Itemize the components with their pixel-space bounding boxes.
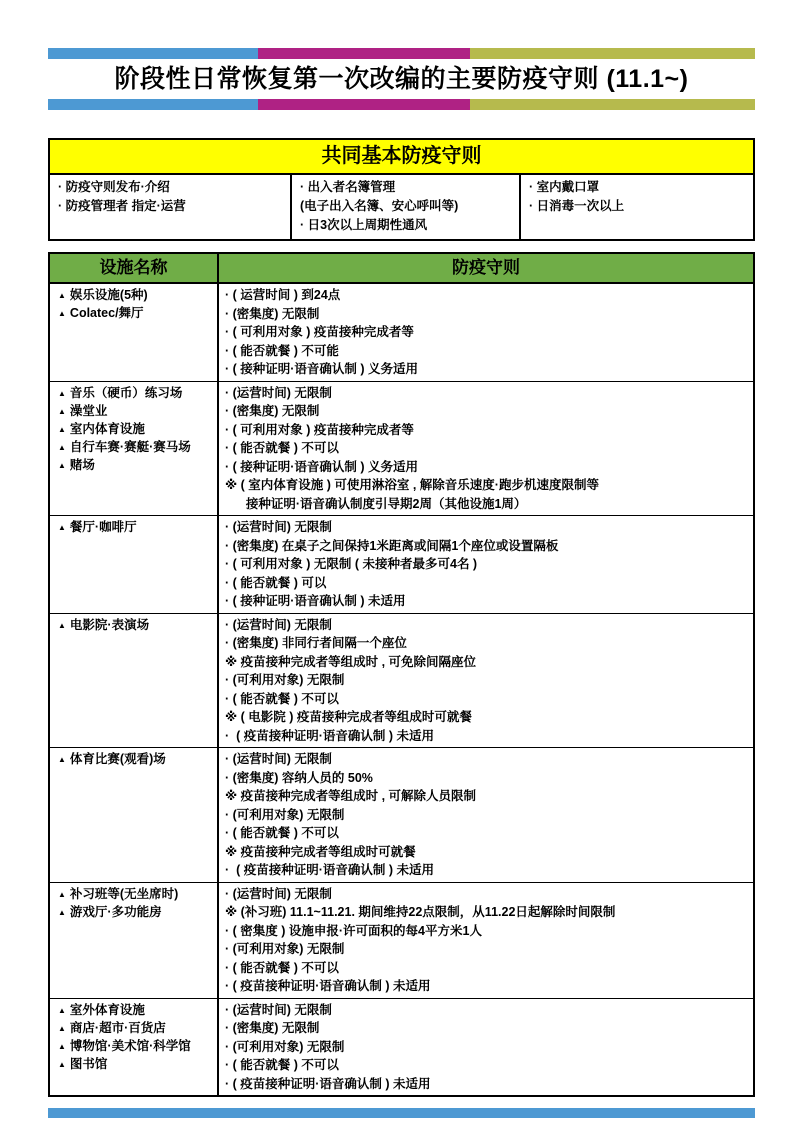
rule-line: · (可利用对象) 无限制 [225, 806, 749, 825]
facility-item: ▲Colatec/舞厅 [58, 305, 215, 323]
common-rules-section: 共同基本防疫守则 · 防疫守则发布·介绍 · 防疫管理者 指定·运营 · 出入者… [48, 138, 755, 241]
facility-item: ▲商店·超市·百货店 [58, 1020, 215, 1038]
facility-label: 体育比赛(观看)场 [70, 751, 166, 768]
triangle-marker-icon: ▲ [58, 1056, 66, 1073]
triangle-marker-icon: ▲ [58, 886, 66, 903]
rule-line: · ( 接种证明·语音确认制 ) 义务适用 [225, 458, 749, 477]
facility-label: 图书馆 [70, 1056, 108, 1073]
rule-line: · (运营时间) 无限制 [225, 384, 749, 403]
facility-item: ▲赌场 [58, 457, 215, 475]
triangle-marker-icon: ▲ [58, 617, 66, 634]
rule-line: · (运营时间) 无限制 [225, 885, 749, 904]
rule-line: · ( 疫苗接种证明·语音确认制 ) 未适用 [225, 727, 749, 746]
triangle-marker-icon: ▲ [58, 1002, 66, 1019]
facility-cell: ▲补习班等(无坐席时) ▲游戏厅·多功能房 [50, 883, 219, 998]
bar-segment-olive [470, 99, 755, 110]
rule-line: · ( 能否就餐 ) 不可以 [225, 439, 749, 458]
rule-line: · (可利用对象) 无限制 [225, 940, 749, 959]
facility-item: ▲室内体育设施 [58, 421, 215, 439]
rule-line: · (运营时间) 无限制 [225, 616, 749, 635]
next-page-top-bar [48, 1108, 755, 1118]
facility-label: 餐厅·咖啡厅 [70, 519, 137, 536]
facility-item: ▲图书馆 [58, 1056, 215, 1074]
title-top-bar [48, 48, 755, 59]
facility-item: ▲餐厅·咖啡厅 [58, 519, 215, 537]
rule-line: · ( 接种证明·语音确认制 ) 义务适用 [225, 360, 749, 379]
rules-cell: · (运营时间) 无限制 · (密集度) 在桌子之间保持1米距离或间隔1个座位或… [219, 516, 753, 613]
facility-label: 室内体育设施 [70, 421, 145, 438]
facility-item: ▲游戏厅·多功能房 [58, 904, 215, 922]
facility-label: 游戏厅·多功能房 [70, 904, 162, 921]
common-rule-line: (电子出入名簿、安心呼叫等) [300, 197, 513, 216]
page-title: 阶段性日常恢复第一次改编的主要防疫守则 (11.1~) [48, 59, 755, 99]
rule-line: · ( 能否就餐 ) 不可以 [225, 824, 749, 843]
facility-label: 博物馆·美术馆·科学馆 [70, 1038, 191, 1055]
facility-item: ▲自行车赛·赛艇·赛马场 [58, 439, 215, 457]
bar-segment-magenta [258, 99, 470, 110]
facility-column-header: 设施名称 [50, 254, 219, 282]
rule-line: · (密集度) 容纳人员的 50% [225, 769, 749, 788]
table-header-row: 设施名称 防疫守则 [50, 254, 753, 284]
triangle-marker-icon: ▲ [58, 1020, 66, 1037]
common-rules-title: 共同基本防疫守则 [50, 140, 753, 175]
rule-line: · (密集度) 无限制 [225, 1019, 749, 1038]
title-bottom-bar [48, 99, 755, 110]
facility-label: 电影院·表演场 [70, 617, 149, 634]
facility-cell: ▲体育比赛(观看)场 [50, 748, 219, 882]
facility-label: 娱乐设施(5种) [70, 287, 148, 304]
triangle-marker-icon: ▲ [58, 403, 66, 420]
rule-line: · (可利用对象) 无限制 [225, 671, 749, 690]
rule-line: · (运营时间) 无限制 [225, 750, 749, 769]
facility-label: 补习班等(无坐席时) [70, 886, 178, 903]
rule-line: ※ ( 室内体育设施 ) 可使用淋浴室 , 解除音乐速度·跑步机速度限制等 [225, 476, 749, 495]
table-row: ▲体育比赛(观看)场 · (运营时间) 无限制 · (密集度) 容纳人员的 50… [50, 748, 753, 883]
facility-item: ▲电影院·表演场 [58, 617, 215, 635]
rule-line: · ( 能否就餐 ) 不可能 [225, 342, 749, 361]
common-rule-line: · 防疫管理者 指定·运营 [58, 197, 284, 216]
rules-cell: · (运营时间) 无限制 · (密集度) 容纳人员的 50% ※ 疫苗接种完成者… [219, 748, 753, 882]
triangle-marker-icon: ▲ [58, 457, 66, 474]
rule-line: · ( 可利用对象 ) 疫苗接种完成者等 [225, 421, 749, 440]
triangle-marker-icon: ▲ [58, 904, 66, 921]
rule-line: · ( 能否就餐 ) 不可以 [225, 1056, 749, 1075]
rule-line: · ( 疫苗接种证明·语音确认制 ) 未适用 [225, 1075, 749, 1094]
table-row: ▲电影院·表演场 · (运营时间) 无限制 · (密集度) 非同行者间隔一个座位… [50, 614, 753, 749]
rule-line: · (密集度) 非同行者间隔一个座位 [225, 634, 749, 653]
triangle-marker-icon: ▲ [58, 305, 66, 322]
facility-item: ▲补习班等(无坐席时) [58, 886, 215, 904]
facility-item: ▲体育比赛(观看)场 [58, 751, 215, 769]
bar-segment-blue [48, 99, 258, 110]
common-rule-line: · 防疫守则发布·介绍 [58, 178, 284, 197]
facility-label: 赌场 [70, 457, 95, 474]
rule-line: · (运营时间) 无限制 [225, 518, 749, 537]
bar-segment-olive [470, 48, 755, 59]
rule-line: ※ 疫苗接种完成者等组成时 , 可解除人员限制 [225, 787, 749, 806]
rule-line: ※ ( 电影院 ) 疫苗接种完成者等组成时可就餐 [225, 708, 749, 727]
rule-line: · ( 运营时间 ) 到24点 [225, 286, 749, 305]
title-block: 阶段性日常恢复第一次改编的主要防疫守则 (11.1~) [48, 48, 755, 110]
facility-cell: ▲餐厅·咖啡厅 [50, 516, 219, 613]
table-row: ▲餐厅·咖啡厅 · (运营时间) 无限制 · (密集度) 在桌子之间保持1米距离… [50, 516, 753, 614]
rule-line: · ( 能否就餐 ) 不可以 [225, 959, 749, 978]
facility-label: 音乐（硬币）练习场 [70, 385, 183, 402]
common-rule-line: · 日消毒一次以上 [529, 197, 747, 216]
common-col-2: · 出入者名簿管理 (电子出入名簿、安心呼叫等) · 日3次以上周期性通风 [292, 175, 521, 239]
rules-cell: · (运营时间) 无限制 · (密集度) 非同行者间隔一个座位 ※ 疫苗接种完成… [219, 614, 753, 748]
common-rule-line: · 室内戴口罩 [529, 178, 747, 197]
triangle-marker-icon: ▲ [58, 421, 66, 438]
rule-line: ※ 疫苗接种完成者等组成时 , 可免除间隔座位 [225, 653, 749, 672]
facility-item: ▲澡堂业 [58, 403, 215, 421]
rules-cell: · ( 运营时间 ) 到24点 · (密集度) 无限制 · ( 可利用对象 ) … [219, 284, 753, 381]
triangle-marker-icon: ▲ [58, 385, 66, 402]
table-row: ▲音乐（硬币）练习场 ▲澡堂业 ▲室内体育设施 ▲自行车赛·赛艇·赛马场 ▲赌场… [50, 382, 753, 517]
rule-line: · ( 疫苗接种证明·语音确认制 ) 未适用 [225, 861, 749, 880]
rule-line: 接种证明·语音确认制度引导期2周（其他设施1周） [225, 495, 749, 514]
facility-label: Colatec/舞厅 [70, 305, 144, 322]
facility-cell: ▲电影院·表演场 [50, 614, 219, 748]
common-col-1: · 防疫守则发布·介绍 · 防疫管理者 指定·运营 [50, 175, 292, 239]
triangle-marker-icon: ▲ [58, 751, 66, 768]
common-rules-body: · 防疫守则发布·介绍 · 防疫管理者 指定·运营 · 出入者名簿管理 (电子出… [50, 175, 753, 239]
table-row: ▲补习班等(无坐席时) ▲游戏厅·多功能房 · (运营时间) 无限制 ※ (补习… [50, 883, 753, 999]
rules-cell: · (运营时间) 无限制 ※ (补习班) 11.1~11.21. 期间维持22点… [219, 883, 753, 998]
facility-label: 澡堂业 [70, 403, 108, 420]
facility-label: 商店·超市·百货店 [70, 1020, 166, 1037]
common-rule-line: · 日3次以上周期性通风 [300, 216, 513, 235]
facility-label: 自行车赛·赛艇·赛马场 [70, 439, 191, 456]
rule-line: ※ (补习班) 11.1~11.21. 期间维持22点限制，从11.22日起解除… [225, 903, 749, 922]
facility-rules-table: 设施名称 防疫守则 ▲娱乐设施(5种) ▲Colatec/舞厅 · ( 运营时间… [48, 252, 755, 1097]
triangle-marker-icon: ▲ [58, 519, 66, 536]
triangle-marker-icon: ▲ [58, 1038, 66, 1055]
rule-line: · ( 可利用对象 ) 疫苗接种完成者等 [225, 323, 749, 342]
rule-line: · ( 可利用对象 ) 无限制 ( 未接种者最多可4名 ) [225, 555, 749, 574]
rules-column-header: 防疫守则 [219, 254, 753, 282]
common-col-3: · 室内戴口罩 · 日消毒一次以上 [521, 175, 753, 239]
triangle-marker-icon: ▲ [58, 287, 66, 304]
table-row: ▲娱乐设施(5种) ▲Colatec/舞厅 · ( 运营时间 ) 到24点 · … [50, 284, 753, 382]
facility-cell: ▲室外体育设施 ▲商店·超市·百货店 ▲博物馆·美术馆·科学馆 ▲图书馆 [50, 999, 219, 1096]
facility-label: 室外体育设施 [70, 1002, 145, 1019]
rule-line: · (密集度) 在桌子之间保持1米距离或间隔1个座位或设置隔板 [225, 537, 749, 556]
rules-cell: · (运营时间) 无限制 · (密集度) 无限制 · ( 可利用对象 ) 疫苗接… [219, 382, 753, 516]
rule-line: · ( 能否就餐 ) 可以 [225, 574, 749, 593]
rule-line: · (密集度) 无限制 [225, 402, 749, 421]
facility-item: ▲音乐（硬币）练习场 [58, 385, 215, 403]
common-rule-line: · 出入者名簿管理 [300, 178, 513, 197]
table-row: ▲室外体育设施 ▲商店·超市·百货店 ▲博物馆·美术馆·科学馆 ▲图书馆 · (… [50, 999, 753, 1096]
rule-line: · ( 能否就餐 ) 不可以 [225, 690, 749, 709]
facility-item: ▲博物馆·美术馆·科学馆 [58, 1038, 215, 1056]
rule-line: ※ 疫苗接种完成者等组成时可就餐 [225, 843, 749, 862]
bar-segment-blue [48, 48, 258, 59]
rule-line: · (密集度) 无限制 [225, 305, 749, 324]
facility-cell: ▲音乐（硬币）练习场 ▲澡堂业 ▲室内体育设施 ▲自行车赛·赛艇·赛马场 ▲赌场 [50, 382, 219, 516]
facility-item: ▲室外体育设施 [58, 1002, 215, 1020]
rule-line: · (运营时间) 无限制 [225, 1001, 749, 1020]
rule-line: · (可利用对象) 无限制 [225, 1038, 749, 1057]
facility-cell: ▲娱乐设施(5种) ▲Colatec/舞厅 [50, 284, 219, 381]
bar-segment-magenta [258, 48, 470, 59]
rules-cell: · (运营时间) 无限制 · (密集度) 无限制 · (可利用对象) 无限制 ·… [219, 999, 753, 1096]
rule-line: · ( 疫苗接种证明·语音确认制 ) 未适用 [225, 977, 749, 996]
rule-line: · ( 接种证明·语音确认制 ) 未适用 [225, 592, 749, 611]
facility-item: ▲娱乐设施(5种) [58, 287, 215, 305]
triangle-marker-icon: ▲ [58, 439, 66, 456]
rule-line: · ( 密集度 ) 设施申报·许可面积的每4平方米1人 [225, 922, 749, 941]
